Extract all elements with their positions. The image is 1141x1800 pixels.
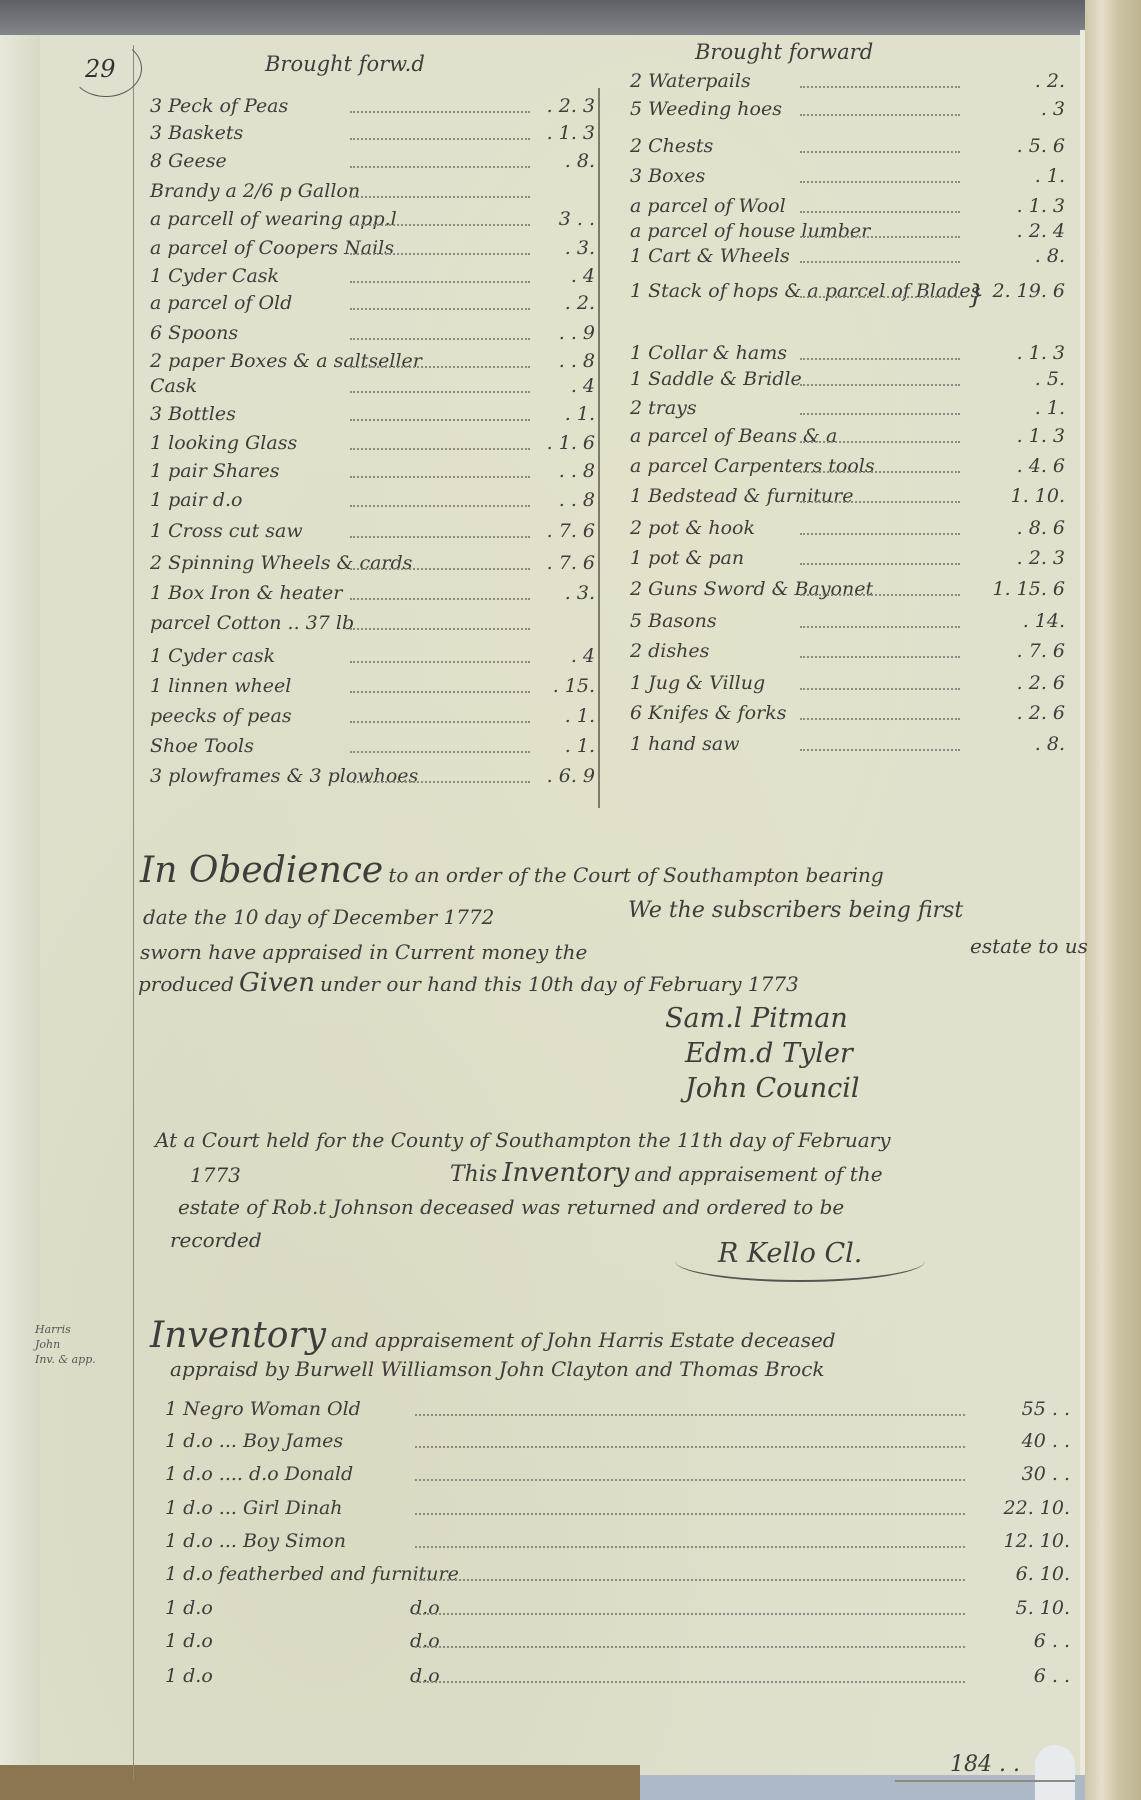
item-label: 1 linnen wheel [150,675,291,697]
item-label: 1 d.o .... d.o Donald [165,1463,353,1485]
leader-dots [415,1646,965,1648]
opening-words: In Obedience [140,850,383,891]
ledger-row: 1 d.od.o6 . . [165,1665,1070,1693]
ledger-row: a parcel of Old. 2. [150,292,595,320]
item-amount: 1. 15. 6 [975,578,1065,600]
cert-line-4b: Given [239,968,315,998]
item-amount: . 5. 6 [975,135,1065,157]
right-column-heading: Brought forward [695,40,873,64]
item-amount: . 5. [975,368,1065,390]
leader-dots [350,721,530,723]
item-amount: . 2. 6 [975,672,1065,694]
item-label: 1 Stack of hops & a parcel of Blades [630,280,980,302]
inventory-title: Inventory [150,1315,326,1356]
ledger-row: 2 Guns Sword & Bayonet1. 15. 6 [630,578,1065,606]
item-label: 3 Bottles [150,403,236,425]
leader-dots [800,594,960,596]
ledger-row: 1 Jug & Villug. 2. 6 [630,672,1065,700]
item-label: 1 Cyder cask [150,645,275,667]
leader-dots [800,296,960,298]
ledger-row: 3 plowframes & 3 plowhoes. 6. 9 [150,765,595,793]
item-label: a parcel Carpenters tools [630,455,875,477]
ledger-row: 3 Baskets. 1. 3 [150,122,595,150]
item-label: 1 d.o [165,1597,213,1619]
ditto-mark: d.o [410,1630,440,1652]
ledger-row: 1 linnen wheel. 15. [150,675,595,703]
ledger-row: 2 Waterpails. 2. [630,70,1065,98]
item-amount: . 4 [515,375,595,397]
item-label: 2 dishes [630,640,709,662]
court-line-2d: and appraisement of the [634,1162,882,1186]
ledger-row: 2 pot & hook. 8. 6 [630,517,1065,545]
item-label: 2 pot & hook [630,517,755,539]
item-amount: . 2. 4 [975,220,1065,242]
column-divider [598,88,600,808]
ledger-row: 5 Basons. 14. [630,610,1065,638]
item-amount: . 2. 3 [515,95,595,117]
ledger-row: 2 Spinning Wheels & cards. 7. 6 [150,552,595,580]
item-amount: . 8. 6 [975,517,1065,539]
leader-dots [350,391,530,393]
ledger-row: peecks of peas. 1. [150,705,595,733]
court-this: This [450,1162,497,1187]
margin-rule [133,45,134,1780]
item-amount: . . 9 [515,322,595,344]
leader-dots [800,114,960,116]
ditto-mark: d.o [410,1665,440,1687]
leader-dots [350,308,530,310]
item-label: Cask [150,375,197,397]
book-binding [1085,0,1141,1800]
ledger-row: 1 pot & pan. 2. 3 [630,547,1065,575]
ledger-row: a parcel of house lumber. 2. 4 [630,220,1065,248]
ledger-row: 2 dishes. 7. 6 [630,640,1065,668]
item-amount: . 4. 6 [975,455,1065,477]
leader-dots [800,533,960,535]
ledger-row: 1 d.o ... Boy Simon12. 10. [165,1530,1070,1558]
item-amount: . 8. [975,733,1065,755]
leader-dots [350,196,530,198]
left-page-edge [0,35,40,1780]
item-amount: 12. 10. [970,1530,1070,1552]
item-label: a parcel of Old [150,292,292,314]
leader-dots [350,628,530,630]
court-line-4: recorded [170,1228,262,1252]
leader-dots [350,419,530,421]
item-amount: 3 . . [515,208,595,230]
leader-dots [800,413,960,415]
ledger-row: 3 Bottles. 1. [150,403,595,431]
leader-dots [415,1546,965,1548]
ledger-row: 3 Peck of Peas. 2. 3 [150,95,595,123]
ledger-row: 2 trays. 1. [630,397,1065,425]
ledger-row: 1 Cyder cask. 4 [150,645,595,673]
item-amount: . 3 [975,98,1065,120]
item-amount: . 2. 3 [975,547,1065,569]
background-bottom [640,1775,1085,1800]
leader-dots [800,688,960,690]
item-amount: . . 8 [515,460,595,482]
leader-dots [350,598,530,600]
item-label: 1 Bedstead & furniture [630,485,853,507]
leader-dots [350,166,530,168]
margin-note-1: Harris [35,1323,71,1336]
leader-dots [800,358,960,360]
item-amount: . 1. [975,397,1065,419]
item-amount: 40 . . [970,1430,1070,1452]
item-label: 1 d.o ... Girl Dinah [165,1497,343,1519]
item-label: 2 Guns Sword & Bayonet [630,578,873,600]
ledger-row: 5 Weeding hoes. 3 [630,98,1065,126]
item-amount: 6. 10. [970,1563,1070,1585]
item-label: 1 Cross cut saw [150,520,303,542]
leader-dots [800,626,960,628]
ledger-row: 1 Saddle & Bridle. 5. [630,368,1065,396]
ledger-row: 1 Cart & Wheels. 8. [630,245,1065,273]
item-label: peecks of peas [150,705,292,727]
ledger-row: 2 Chests. 5. 6 [630,135,1065,163]
signature-3: John Council [685,1073,860,1104]
item-label: 1 Cyder Cask [150,265,279,287]
ledger-row: 1 d.o ... Boy James40 . . [165,1430,1070,1458]
margin-note-2: John [35,1338,60,1351]
cert-line-4c: under our hand this 10th day of February… [320,972,799,996]
leader-dots [350,505,530,507]
court-line-1: At a Court held for the County of Southa… [155,1128,891,1152]
item-label: 3 Baskets [150,122,243,144]
ledger-row: 1 Negro Woman Old55 . . [165,1398,1070,1426]
leader-dots [350,476,530,478]
item-label: 2 paper Boxes & a saltseller [150,350,422,372]
leader-dots [350,281,530,283]
ledger-row: 2 paper Boxes & a saltseller. . 8 [150,350,595,378]
item-amount: . 1. [515,735,595,757]
item-label: 1 d.o [165,1630,213,1652]
item-label: 2 Chests [630,135,713,157]
item-amount: . 3. [515,582,595,604]
item-amount: . 1. 3 [975,342,1065,364]
inventory-title-rest: and appraisement of John Harris Estate d… [331,1328,836,1352]
item-amount: . 1. [975,165,1065,187]
ledger-row: 1 Stack of hops & a parcel of Blades2. 1… [630,280,1065,308]
ledger-row: parcel Cotton .. 37 lb [150,612,595,640]
ledger-row: Cask. 4 [150,375,595,403]
leader-dots [800,151,960,153]
ledger-row: 1 pair Shares. . 8 [150,460,595,488]
item-amount: . 15. [515,675,595,697]
item-label: 1 pair Shares [150,460,279,482]
item-amount: . 1. [515,705,595,727]
ledger-row: a parcel of Beans & a. 1. 3 [630,425,1065,453]
leader-dots [800,718,960,720]
ledger-row: 1 Bedstead & furniture1. 10. [630,485,1065,513]
ledger-row: 1 hand saw. 8. [630,733,1065,761]
item-amount: . 3. [515,237,595,259]
appraisers-line: appraisd by Burwell Williamson John Clay… [170,1357,825,1381]
leader-dots [350,138,530,140]
total-rule [895,1780,1075,1782]
signature-2: Edm.d Tyler [685,1038,853,1069]
item-amount: . 1. 3 [975,195,1065,217]
item-amount: . 1. 3 [515,122,595,144]
leader-dots [415,1513,965,1515]
item-label: 6 Spoons [150,322,238,344]
item-label: a parcel of Wool [630,195,786,217]
item-label: 2 trays [630,397,697,419]
page-number: 29 [85,55,116,83]
ledger-row: a parcel of Wool. 1. 3 [630,195,1065,223]
item-amount: . 2. 6 [975,702,1065,724]
leader-dots [800,261,960,263]
court-year: 1773 [190,1163,241,1187]
item-label: 8 Geese [150,150,227,172]
item-amount: 22. 10. [970,1497,1070,1519]
ledger-row: 1 d.od.o5. 10. [165,1597,1070,1625]
item-label: 1 d.o [165,1665,213,1687]
cert-line-3b: estate to us [970,934,1088,958]
item-amount: . 4 [515,265,595,287]
item-label: 1 Negro Woman Old [165,1398,361,1420]
signature-1: Sam.l Pitman [665,1003,848,1034]
item-label: 5 Basons [630,610,717,632]
item-label: 1 looking Glass [150,432,297,454]
item-amount: 6 . . [970,1630,1070,1652]
leader-dots [350,661,530,663]
ledger-row: 1 looking Glass. 1. 6 [150,432,595,460]
ledger-row: a parcel Carpenters tools. 4. 6 [630,455,1065,483]
item-label: 3 plowframes & 3 plowhoes [150,765,418,787]
ledger-row: Brandy a 2/6 p Gallon [150,180,595,208]
leader-dots [350,366,530,368]
ledger-row: 1 Collar & hams. 1. 3 [630,342,1065,370]
leader-dots [350,111,530,113]
leader-dots [800,211,960,213]
leader-dots [415,1414,965,1416]
item-amount: 6 . . [970,1665,1070,1687]
leader-dots [800,656,960,658]
item-amount: . 7. 6 [975,640,1065,662]
cert-line-1: to an order of the Court of Southampton … [388,863,883,887]
brace-symbol: } [968,280,985,310]
item-label: a parcel of Beans & a [630,425,837,447]
ledger-row: 1 d.od.o6 . . [165,1630,1070,1658]
ledger-row: 3 Boxes. 1. [630,165,1065,193]
leader-dots [415,1613,965,1615]
item-amount: 1. 10. [975,485,1065,507]
item-label: a parcell of wearing app.l [150,208,397,230]
leader-dots [800,471,960,473]
item-amount: 55 . . [970,1398,1070,1420]
item-label: 1 Jug & Villug [630,672,765,694]
ledger-row: a parcel of Coopers Nails. 3. [150,237,595,265]
item-amount: . . 8 [515,489,595,511]
item-amount: . 6. 9 [515,765,595,787]
leader-dots [415,1681,965,1683]
item-label: 1 pot & pan [630,547,744,569]
cert-line-2b: We the subscribers being first [628,898,963,923]
ledger-row: Shoe Tools. 1. [150,735,595,763]
item-amount: . 2. [975,70,1065,92]
item-label: 1 hand saw [630,733,739,755]
item-amount: . 7. 6 [515,520,595,542]
item-amount: . 2. [515,292,595,314]
item-amount: . 1. 6 [515,432,595,454]
item-label: 1 Collar & hams [630,342,787,364]
item-amount: . . 8 [515,350,595,372]
leader-dots [800,563,960,565]
margin-note-3: Inv. & app. [35,1353,96,1366]
leader-dots [350,224,530,226]
leader-dots [800,384,960,386]
ledger-row: 1 Cyder Cask. 4 [150,265,595,293]
leader-dots [800,236,960,238]
leader-dots [800,501,960,503]
item-label: 1 Box Iron & heater [150,582,342,604]
leader-dots [350,751,530,753]
signature-flourish [675,1240,925,1282]
ledger-row: 1 pair d.o. . 8 [150,489,595,517]
item-label: 3 Peck of Peas [150,95,288,117]
ledger-row: 6 Knifes & forks. 2. 6 [630,702,1065,730]
ledger-row: 1 Cross cut saw. 7. 6 [150,520,595,548]
leader-dots [350,568,530,570]
leader-dots [800,441,960,443]
leader-dots [350,448,530,450]
item-label: 1 d.o ... Boy James [165,1430,343,1452]
ditto-mark: d.o [410,1597,440,1619]
item-amount: . 8. [975,245,1065,267]
item-label: 5 Weeding hoes [630,98,782,120]
item-label: parcel Cotton .. 37 lb [150,612,354,634]
leader-dots [800,86,960,88]
item-label: 1 Saddle & Bridle [630,368,802,390]
item-amount: . 4 [515,645,595,667]
court-inventory: Inventory [502,1158,629,1188]
ledger-row: 6 Spoons. . 9 [150,322,595,350]
item-amount: . 8. [515,150,595,172]
item-amount: . 14. [975,610,1065,632]
item-label: Shoe Tools [150,735,254,757]
ledger-row: 1 d.o ... Girl Dinah22. 10. [165,1497,1070,1525]
book-cover-edge [0,1765,640,1800]
ledger-row: 1 Box Iron & heater. 3. [150,582,595,610]
glove-fingertip [1035,1745,1075,1800]
cert-line-4a: produced [138,972,234,996]
leader-dots [350,253,530,255]
leader-dots [350,338,530,340]
cert-line-2a: date the 10 day of December 1772 [143,905,494,929]
leader-dots [415,1446,965,1448]
leader-dots [800,749,960,751]
cert-line-3a: sworn have appraised in Current money th… [140,940,587,964]
item-label: 1 pair d.o [150,489,242,511]
ledger-row: 1 d.o .... d.o Donald30 . . [165,1463,1070,1491]
item-amount: 2. 19. 6 [975,280,1065,302]
item-label: 2 Spinning Wheels & cards [150,552,412,574]
item-amount: 30 . . [970,1463,1070,1485]
item-amount: 5. 10. [970,1597,1070,1619]
leader-dots [350,691,530,693]
ledger-row: a parcell of wearing app.l3 . . [150,208,595,236]
inventory-total: 184 . . [950,1752,1020,1777]
item-label: 3 Boxes [630,165,705,187]
court-line-3: estate of Rob.t Johnson deceased was ret… [178,1195,844,1219]
item-amount: . 1. 3 [975,425,1065,447]
leader-dots [350,536,530,538]
ledger-row: 8 Geese. 8. [150,150,595,178]
item-amount: . 1. [515,403,595,425]
leader-dots [350,781,530,783]
item-amount: . 7. 6 [515,552,595,574]
item-label: 2 Waterpails [630,70,751,92]
leader-dots [415,1479,965,1481]
left-column-heading: Brought forw.d [265,52,425,76]
item-label: 6 Knifes & forks [630,702,786,724]
item-label: Brandy a 2/6 p Gallon [150,180,360,202]
item-label: 1 d.o ... Boy Simon [165,1530,346,1552]
item-label: 1 d.o featherbed and furniture [165,1563,459,1585]
leader-dots [415,1579,965,1581]
leader-dots [800,181,960,183]
ledger-row: 1 d.o featherbed and furniture6. 10. [165,1563,1070,1591]
item-label: a parcel of Coopers Nails [150,237,394,259]
item-label: 1 Cart & Wheels [630,245,790,267]
item-label: a parcel of house lumber [630,220,870,242]
